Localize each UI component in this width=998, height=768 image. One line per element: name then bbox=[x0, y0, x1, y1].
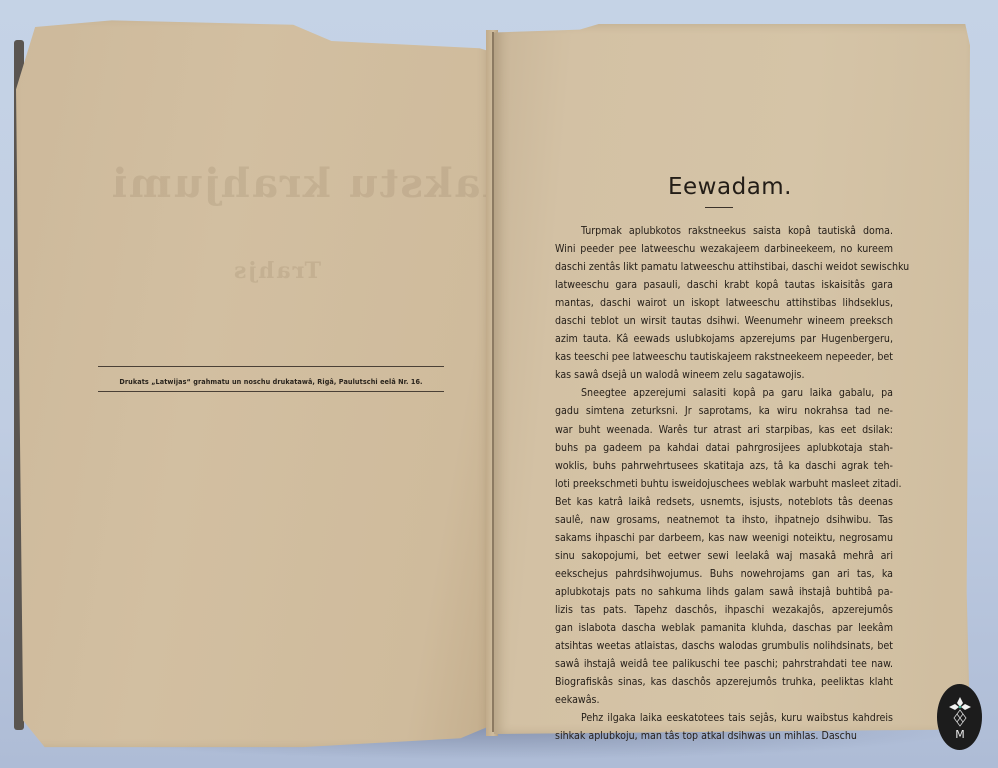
text-line: woklis, buhs pahrwehrtusees skatitaja az… bbox=[555, 457, 893, 475]
text-line: aplubkotajs pats no sahkuma lihds galam … bbox=[555, 583, 893, 601]
text-line: Wini peeder pee latweeschu wezakajeem da… bbox=[555, 240, 893, 258]
text-line: lizis tas pats. Tapehz daschôs, ihpaschi… bbox=[555, 601, 893, 619]
text-line: daschi teblot un wirsit tautas dsihwi. W… bbox=[555, 312, 893, 330]
show-through-title: Rakstu krahjumi bbox=[110, 160, 517, 207]
svg-text:M: M bbox=[955, 728, 965, 741]
printer-imprint: Drukats „Latwijas“ grahmatu un noschu dr… bbox=[98, 366, 444, 392]
title-divider bbox=[705, 207, 733, 208]
text-line: eekschejus pahrdsihwojumus. Buhs nowehro… bbox=[555, 565, 893, 583]
text-line: eekawâs. bbox=[555, 691, 893, 709]
text-line: saulê, naw grosams, neatnemot ta ihsto, … bbox=[555, 511, 893, 529]
text-line: gadu simtena zeturksni. Jr saprotams, ka… bbox=[555, 402, 893, 420]
text-line: daschi zentâs likt pamatu latweeschu att… bbox=[555, 258, 893, 276]
text-line: Pehz ilgaka laika eeskatotees tais sejâs… bbox=[555, 709, 893, 727]
text-line: loti preekschmeti buhtu isweidojuschees … bbox=[555, 475, 893, 493]
text-line: sinu sakopojumi, bet eetwer sewi leelakâ… bbox=[555, 547, 893, 565]
text-line: Sneegtee apzerejumi salasiti kopâ pa gar… bbox=[555, 384, 893, 402]
text-line: sihkak aplubkoju, man tâs top atkal dsih… bbox=[555, 727, 893, 745]
text-line: Bet kas katrâ laikâ redsets, usnemts, is… bbox=[555, 493, 893, 511]
text-line: azim tauta. Kâ eewads uslubkojams apzere… bbox=[555, 330, 893, 348]
gutter-line bbox=[492, 32, 494, 732]
text-line: sawâ ihstajâ weidâ tee palikuschi tee pa… bbox=[555, 655, 893, 673]
introduction-text: Turpmak aplubkotos rakstneekus saista ko… bbox=[555, 222, 893, 745]
flower-monogram-icon: M bbox=[945, 692, 975, 742]
watermark-logo: M bbox=[937, 684, 982, 750]
text-line: kas sawâ dsejâ un walodâ wineem zelu sag… bbox=[555, 366, 893, 384]
text-line: gan islabota dascha weblak pamanita kluh… bbox=[555, 619, 893, 637]
text-line: Turpmak aplubkotos rakstneekus saista ko… bbox=[555, 222, 893, 240]
text-line: buhs pa gadeem pa kahdai datai pahrgrosi… bbox=[555, 439, 893, 457]
imprint-text: Drukats „Latwijas“ grahmatu un noschu dr… bbox=[119, 377, 422, 386]
text-line: sakams ihpaschi par darbeem, kas naw wee… bbox=[555, 529, 893, 547]
show-through-subtitle: Trahjs bbox=[232, 258, 321, 284]
page-title: Eewadam. bbox=[560, 174, 900, 200]
text-line: latweeschu gara pasauli, daschi krabt ko… bbox=[555, 276, 893, 294]
text-line: Biografiskâs sinas, kas daschôs apzereju… bbox=[555, 673, 893, 691]
text-line: war buht weenada. Warês tur atrast ari s… bbox=[555, 421, 893, 439]
text-line: atsihtas weetas atlaistas, daschs waloda… bbox=[555, 637, 893, 655]
text-line: mantas, daschi wairot un iskopt latweesc… bbox=[555, 294, 893, 312]
text-line: kas teeschi pee latweeschu tautiskajeem … bbox=[555, 348, 893, 366]
